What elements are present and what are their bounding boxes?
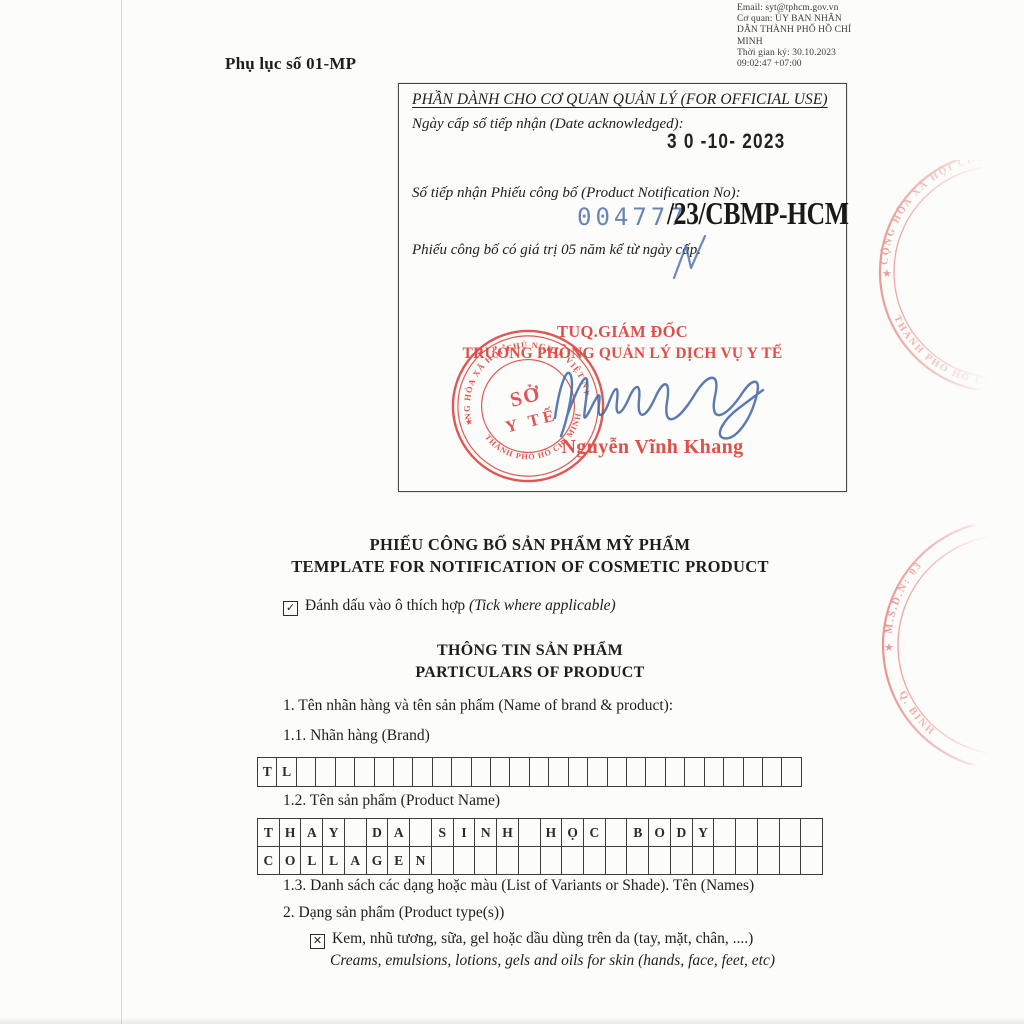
grid-cell [452, 758, 471, 786]
edge-seal-top-icon: CỘNG HÒA XÃ HỘI CHỦ NGHĨA VIỆT NAM THÀNH… [860, 160, 1024, 390]
page-bottom-shade [0, 1017, 1024, 1024]
edge-seal-bottom-star-icon: ★ [884, 642, 894, 654]
grid-cell [685, 758, 704, 786]
grid-cell [724, 758, 743, 786]
date-acknowledged-label: Ngày cấp số tiếp nhận (Date acknowledged… [412, 116, 684, 133]
grid-cell [606, 847, 628, 874]
grid-cell: E [388, 847, 410, 874]
text-line: DÂN THÀNH PHỐ HỒ CHÍ [737, 25, 937, 36]
grid-cell [584, 847, 606, 874]
grid-cell [549, 758, 568, 786]
grid-cell: G [367, 847, 389, 874]
grid-cell [497, 847, 519, 874]
form-title: PHIẾU CÔNG BỐ SẢN PHẨM MỸ PHẨM TEMPLATE … [230, 534, 830, 579]
grid-cell [782, 758, 800, 786]
grid-cell [413, 758, 432, 786]
grid-cell: H [280, 819, 302, 846]
grid-cell: L [301, 847, 323, 874]
validity-note: Phiếu công bố có giá trị 05 năm kể từ ng… [412, 242, 701, 259]
grid-cell [345, 819, 367, 846]
product-type-option: ✕Kem, nhũ tương, sữa, gel hoặc dầu dùng … [310, 930, 753, 949]
grid-cell: Y [323, 819, 345, 846]
grid-cell [454, 847, 476, 874]
grid-cell [758, 819, 780, 846]
item-1-label: 1. Tên nhãn hàng và tên sản phẩm (Name o… [283, 697, 673, 715]
form-title-en: TEMPLATE FOR NOTIFICATION OF COSMETIC PR… [230, 556, 830, 578]
grid-cell [394, 758, 413, 786]
scanned-document-page: Email: syt@tphcm.gov.vnCơ quan: ỦY BAN N… [0, 0, 1024, 1024]
section-title: THÔNG TIN SẢN PHẨM PARTICULARS OF PRODUC… [230, 640, 830, 683]
grid-cell [541, 847, 563, 874]
grid-cell [475, 847, 497, 874]
grid-cell [714, 847, 736, 874]
grid-cell: S [432, 819, 454, 846]
official-use-box: PHẦN DÀNH CHO CƠ QUAN QUẢN LÝ (FOR OFFIC… [398, 83, 847, 492]
item-1-3-label: 1.3. Danh sách các dạng hoặc màu (List o… [283, 877, 754, 895]
pen-mark-icon [671, 232, 713, 284]
section-title-vi: THÔNG TIN SẢN PHẨM [230, 640, 830, 662]
form-title-vi: PHIẾU CÔNG BỐ SẢN PHẨM MỸ PHẨM [230, 534, 830, 556]
grid-cell [472, 758, 491, 786]
grid-cell [801, 847, 822, 874]
grid-cell [375, 758, 394, 786]
grid-cell [780, 847, 802, 874]
text-line: Cơ quan: ỦY BAN NHÂN [737, 14, 937, 25]
product-grid-row2: COLLAGEN [258, 846, 822, 874]
grid-cell [649, 847, 671, 874]
product-name-char-grid: THAYDASINHHỌCBODY COLLAGEN [257, 818, 823, 875]
grid-cell [801, 819, 822, 846]
grid-cell [671, 847, 693, 874]
grid-cell: I [454, 819, 476, 846]
grid-cell [693, 847, 715, 874]
grid-cell [519, 819, 541, 846]
grid-cell [297, 758, 316, 786]
grid-cell [646, 758, 665, 786]
grid-cell [519, 847, 541, 874]
grid-cell: L [277, 758, 296, 786]
tick-instruction: ✓Đánh dấu vào ô thích hợp (Tick where ap… [283, 597, 616, 616]
grid-cell: N [475, 819, 497, 846]
edge-seal-bottom-ring-top-text: M.S.D.N: 03 [883, 559, 925, 634]
grid-cell [410, 819, 432, 846]
grid-cell: A [388, 819, 410, 846]
grid-cell: H [541, 819, 563, 846]
grid-cell: T [258, 758, 277, 786]
grid-cell: L [323, 847, 345, 874]
grid-cell [355, 758, 374, 786]
grid-cell: Y [693, 819, 715, 846]
grid-cell: O [649, 819, 671, 846]
grid-cell [316, 758, 335, 786]
grid-cell: Ọ [562, 819, 584, 846]
appendix-label: Phụ lục số 01-MP [225, 54, 356, 74]
product-grid-row1: THAYDASINHHỌCBODY [258, 819, 822, 846]
grid-cell [758, 847, 780, 874]
text-line: Thời gian ký: 30.10.2023 [737, 48, 937, 59]
grid-cell: C [584, 819, 606, 846]
grid-cell: H [497, 819, 519, 846]
grid-cell: A [345, 847, 367, 874]
item-1-2-label: 1.2. Tên sản phẩm (Product Name) [283, 792, 500, 810]
grid-cell [588, 758, 607, 786]
text-line: MINH [737, 37, 937, 48]
grid-cell: O [280, 847, 302, 874]
section-title-en: PARTICULARS OF PRODUCT [230, 662, 830, 684]
brand-grid-row: TL [258, 758, 801, 786]
grid-cell [510, 758, 529, 786]
grid-cell [714, 819, 736, 846]
edge-seal-top-star-icon: ★ [882, 268, 892, 280]
grid-cell [530, 758, 549, 786]
grid-cell: A [301, 819, 323, 846]
product-type-option-en: Creams, emulsions, lotions, gels and oil… [330, 952, 775, 970]
svg-text:M.S.D.N: 03: M.S.D.N: 03 [883, 559, 925, 634]
text-line: Email: syt@tphcm.gov.vn [737, 3, 937, 14]
grid-cell [608, 758, 627, 786]
grid-cell [569, 758, 588, 786]
grid-cell [744, 758, 763, 786]
grid-cell [432, 847, 454, 874]
checkbox-crossed-icon: ✕ [310, 934, 325, 949]
official-use-title: PHẦN DÀNH CHO CƠ QUAN QUẢN LÝ (FOR OFFIC… [412, 91, 836, 109]
grid-cell [606, 819, 628, 846]
item-2-label: 2. Dạng sản phẩm (Product type(s)) [283, 904, 504, 922]
grid-cell [627, 847, 649, 874]
grid-cell [562, 847, 584, 874]
notification-number-code: /23/CBMP-HCM [667, 195, 848, 232]
signer-name: Nguyễn Vĩnh Khang [429, 436, 876, 459]
grid-cell [780, 819, 802, 846]
grid-cell: T [258, 819, 280, 846]
grid-cell [763, 758, 782, 786]
grid-cell [736, 819, 758, 846]
grid-cell: D [367, 819, 389, 846]
digital-signature-block: Email: syt@tphcm.gov.vnCơ quan: ỦY BAN N… [737, 3, 937, 70]
grid-cell [627, 758, 646, 786]
date-stamp: 3 0 -10- 2023 [667, 130, 785, 154]
grid-cell: D [671, 819, 693, 846]
paper-fold-line [121, 0, 122, 1024]
grid-cell: N [410, 847, 432, 874]
grid-cell [336, 758, 355, 786]
text-line: 09:02:47 +07:00 [737, 59, 937, 70]
grid-cell: C [258, 847, 280, 874]
grid-cell: B [627, 819, 649, 846]
checkbox-checked-icon: ✓ [283, 601, 298, 616]
tick-instruction-vi: Đánh dấu vào ô thích hợp [305, 597, 469, 614]
grid-cell [736, 847, 758, 874]
edge-seal-bottom-icon: M.S.D.N: 03 Q. BÌNH ★ [858, 525, 1024, 765]
tick-instruction-en: (Tick where applicable) [469, 597, 616, 614]
item-1-1-label: 1.1. Nhãn hàng (Brand) [283, 727, 430, 745]
grid-cell [433, 758, 452, 786]
grid-cell [705, 758, 724, 786]
grid-cell [666, 758, 685, 786]
product-type-option-vi: Kem, nhũ tương, sữa, gel hoặc dầu dùng t… [332, 930, 753, 947]
brand-char-grid: TL [257, 757, 802, 787]
grid-cell [491, 758, 510, 786]
